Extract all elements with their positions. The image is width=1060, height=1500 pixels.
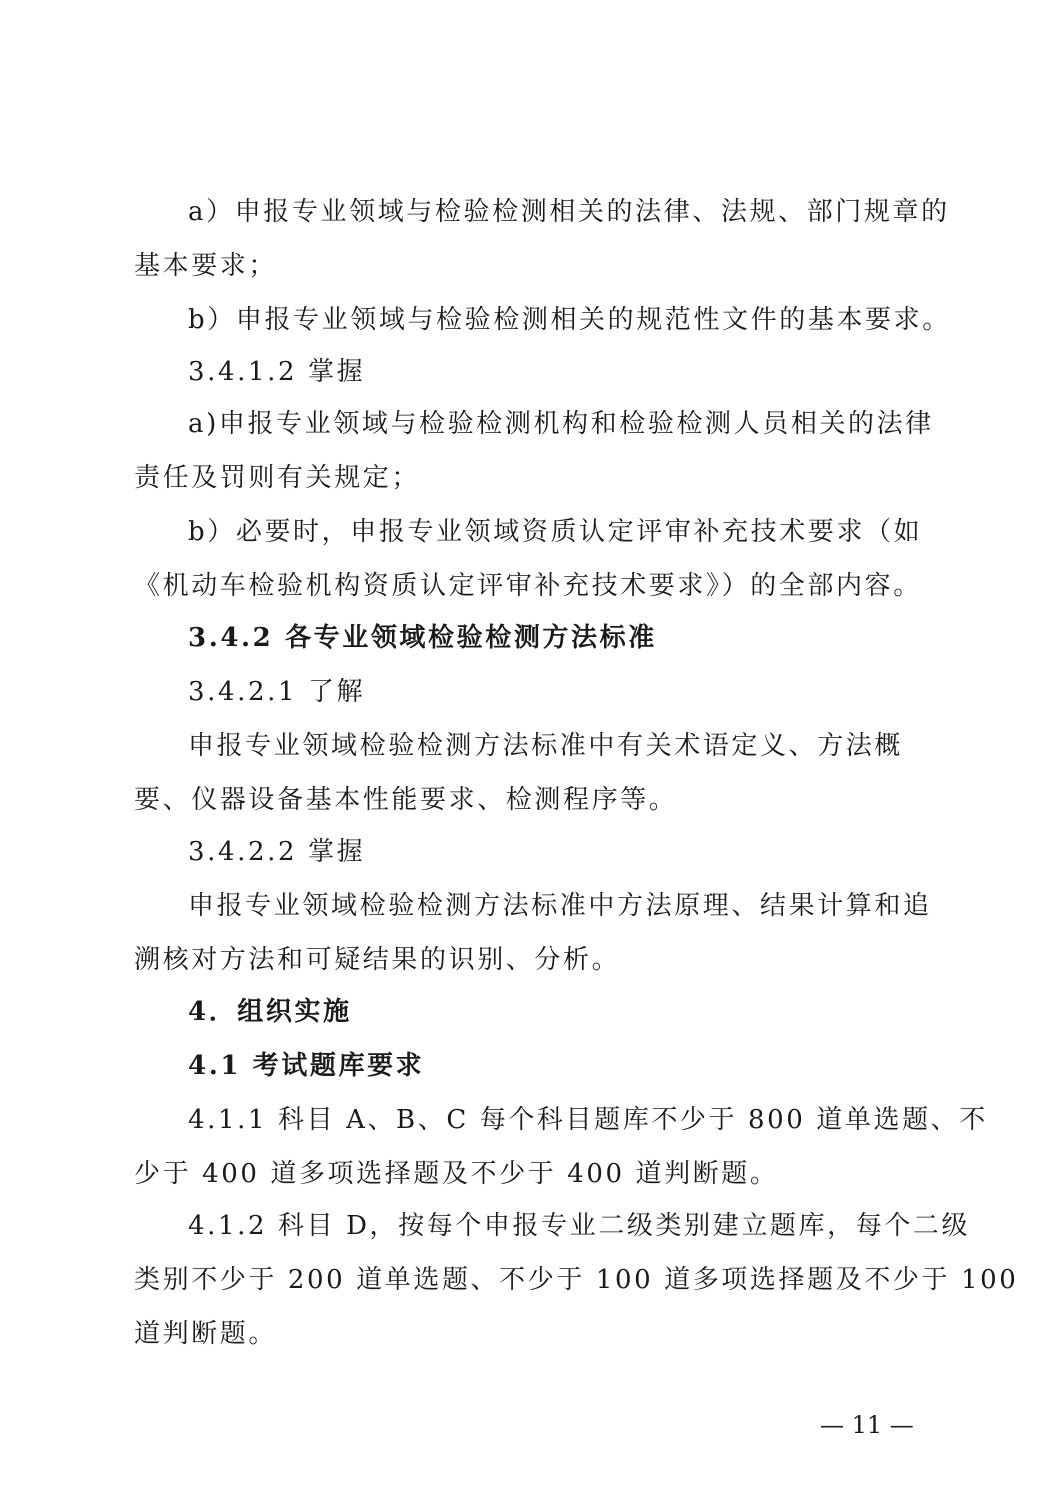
paragraph-line: 3.4.2.1 了解 [188,676,988,708]
paragraph-line: 少于 400 道多项选择题及不少于 400 道判断题。 [134,1158,934,1190]
paragraph-line: a）申报专业领域与检验检测相关的法律、法规、部门规章的 [188,196,988,228]
section-heading: 4．组织实施 [188,996,988,1028]
paragraph-line: 溯核对方法和可疑结果的识别、分析。 [134,944,934,976]
document-page: a）申报专业领域与检验检测相关的法律、法规、部门规章的基本要求；b）申报专业领域… [0,0,1060,1500]
paragraph-line: a)申报专业领域与检验检测机构和检验检测人员相关的法律 [188,408,988,440]
paragraph-line: 申报专业领域检验检测方法标准中方法原理、结果计算和追 [188,890,988,922]
paragraph-line: 基本要求； [134,250,934,282]
paragraph-line: 类别不少于 200 道单选题、不少于 100 道多项选择题及不少于 100 [134,1264,934,1296]
paragraph-line: 申报专业领域检验检测方法标准中有关术语定义、方法概 [188,730,988,762]
paragraph-line: 责任及罚则有关规定； [134,462,934,494]
paragraph-line: 道判断题。 [134,1318,934,1350]
paragraph-line: 3.4.1.2 掌握 [188,356,988,388]
page-number: — 11 — [820,1410,914,1440]
paragraph-line: 要、仪器设备基本性能要求、检测程序等。 [134,784,934,816]
paragraph-line: 4.1.1 科目 A、B、C 每个科目题库不少于 800 道单选题、不 [188,1104,988,1136]
section-heading: 4.1 考试题库要求 [188,1050,988,1082]
paragraph-line: b）必要时，申报专业领域资质认定评审补充技术要求（如 [188,516,988,548]
paragraph-line: b）申报专业领域与检验检测相关的规范性文件的基本要求。 [188,304,988,336]
paragraph-line: 3.4.2.2 掌握 [188,836,988,868]
paragraph-line: 《机动车检验机构资质认定评审补充技术要求》）的全部内容。 [134,570,934,602]
paragraph-line: 4.1.2 科目 D，按每个申报专业二级类别建立题库，每个二级 [188,1210,988,1242]
section-heading: 3.4.2 各专业领域检验检测方法标准 [188,622,988,654]
